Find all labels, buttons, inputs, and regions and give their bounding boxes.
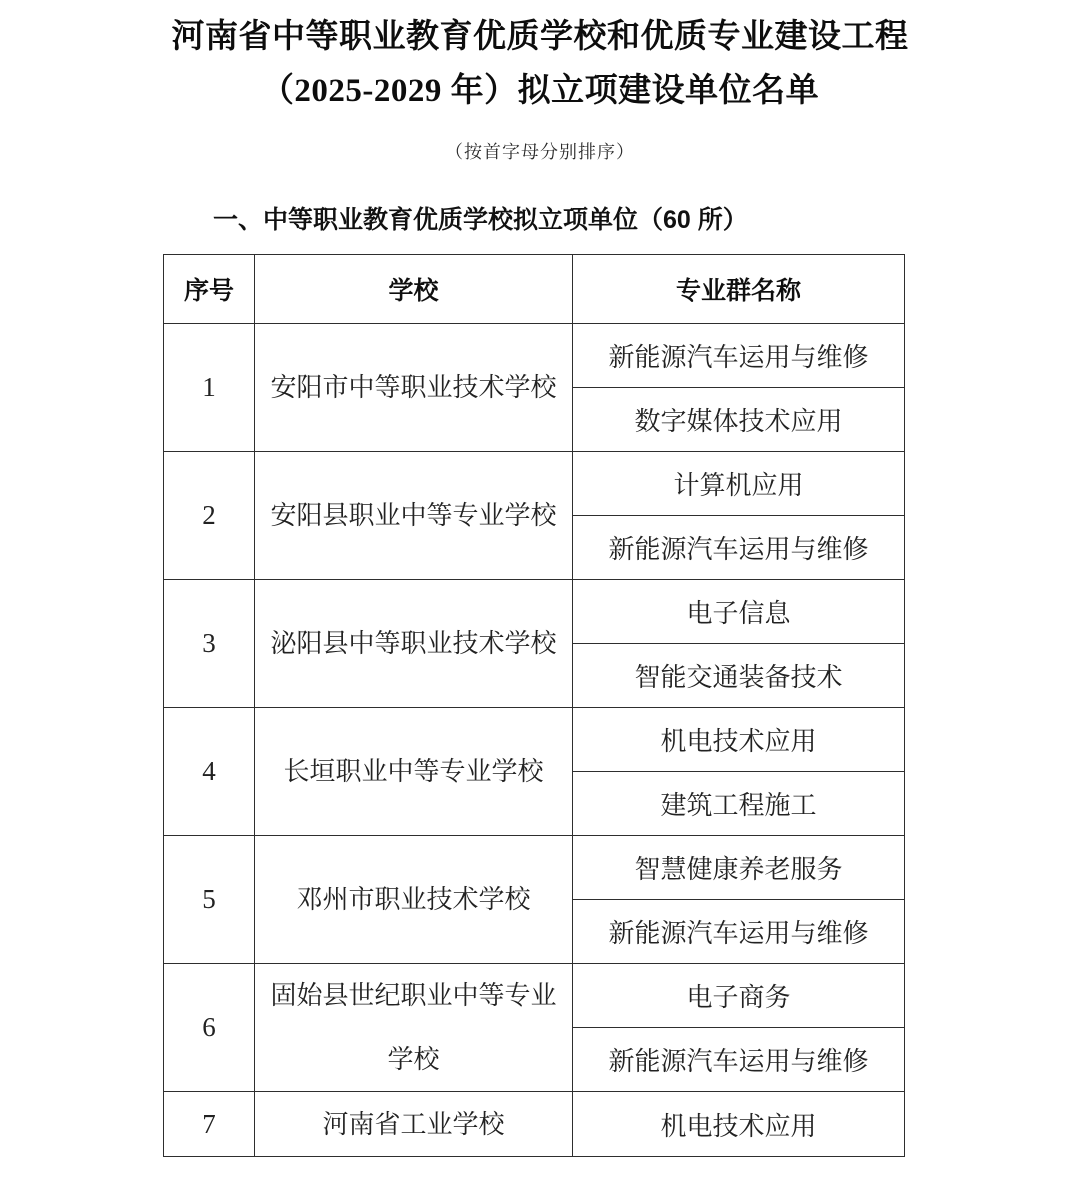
- title-line-1: 河南省中等职业教育优质学校和优质专业建设工程: [0, 10, 1080, 64]
- school-name: 邓州市职业技术学校: [255, 836, 573, 964]
- major-name: 智能交通装备技术: [573, 644, 905, 708]
- major-name: 建筑工程施工: [573, 772, 905, 836]
- table-row: 3 泌阳县中等职业技术学校 电子信息: [164, 580, 905, 644]
- school-name: 安阳市中等职业技术学校: [255, 324, 573, 452]
- title-line-2: （2025-2029 年）拟立项建设单位名单: [0, 64, 1080, 118]
- table-header-row: 序号 学校 专业群名称: [164, 255, 905, 324]
- school-name: 河南省工业学校: [255, 1092, 573, 1157]
- section-heading: 一、中等职业教育优质学校拟立项单位（60 所）: [213, 200, 904, 236]
- table-row: 6 固始县世纪职业中等专业学校 电子商务: [164, 964, 905, 1028]
- serial-cell: 2: [164, 452, 255, 580]
- school-name: 长垣职业中等专业学校: [255, 708, 573, 836]
- school-name: 固始县世纪职业中等专业学校: [255, 964, 573, 1092]
- serial-cell: 7: [164, 1092, 255, 1157]
- major-name: 机电技术应用: [573, 708, 905, 772]
- major-name: 智慧健康养老服务: [573, 836, 905, 900]
- school-name: 安阳县职业中等专业学校: [255, 452, 573, 580]
- serial-cell: 4: [164, 708, 255, 836]
- serial-cell: 1: [164, 324, 255, 452]
- major-name: 新能源汽车运用与维修: [573, 900, 905, 964]
- serial-cell: 3: [164, 580, 255, 708]
- table-row: 1 安阳市中等职业技术学校 新能源汽车运用与维修: [164, 324, 905, 388]
- col-header-major-group: 专业群名称: [573, 255, 905, 324]
- school-table: 序号 学校 专业群名称 1 安阳市中等职业技术学校 新能源汽车运用与维修 数字媒…: [163, 254, 905, 1157]
- document-page: 河南省中等职业教育优质学校和优质专业建设工程 （2025-2029 年）拟立项建…: [0, 0, 1080, 1179]
- table-row: 2 安阳县职业中等专业学校 计算机应用: [164, 452, 905, 516]
- major-name: 新能源汽车运用与维修: [573, 1028, 905, 1092]
- sorting-note: （按首字母分别排序）: [0, 138, 1080, 164]
- major-name: 数字媒体技术应用: [573, 388, 905, 452]
- col-header-school: 学校: [255, 255, 573, 324]
- major-name: 计算机应用: [573, 452, 905, 516]
- major-name: 新能源汽车运用与维修: [573, 324, 905, 388]
- document-body: 一、中等职业教育优质学校拟立项单位（60 所） 序号 学校 专业群名称 1 安阳…: [163, 200, 904, 1157]
- major-name: 新能源汽车运用与维修: [573, 516, 905, 580]
- major-name: 电子信息: [573, 580, 905, 644]
- serial-cell: 5: [164, 836, 255, 964]
- serial-cell: 6: [164, 964, 255, 1092]
- table-row: 7 河南省工业学校 机电技术应用: [164, 1092, 905, 1157]
- table-row: 4 长垣职业中等专业学校 机电技术应用: [164, 708, 905, 772]
- major-name: 电子商务: [573, 964, 905, 1028]
- col-header-no: 序号: [164, 255, 255, 324]
- table-row: 5 邓州市职业技术学校 智慧健康养老服务: [164, 836, 905, 900]
- major-name: 机电技术应用: [573, 1092, 905, 1157]
- document-title: 河南省中等职业教育优质学校和优质专业建设工程 （2025-2029 年）拟立项建…: [0, 0, 1080, 118]
- school-name: 泌阳县中等职业技术学校: [255, 580, 573, 708]
